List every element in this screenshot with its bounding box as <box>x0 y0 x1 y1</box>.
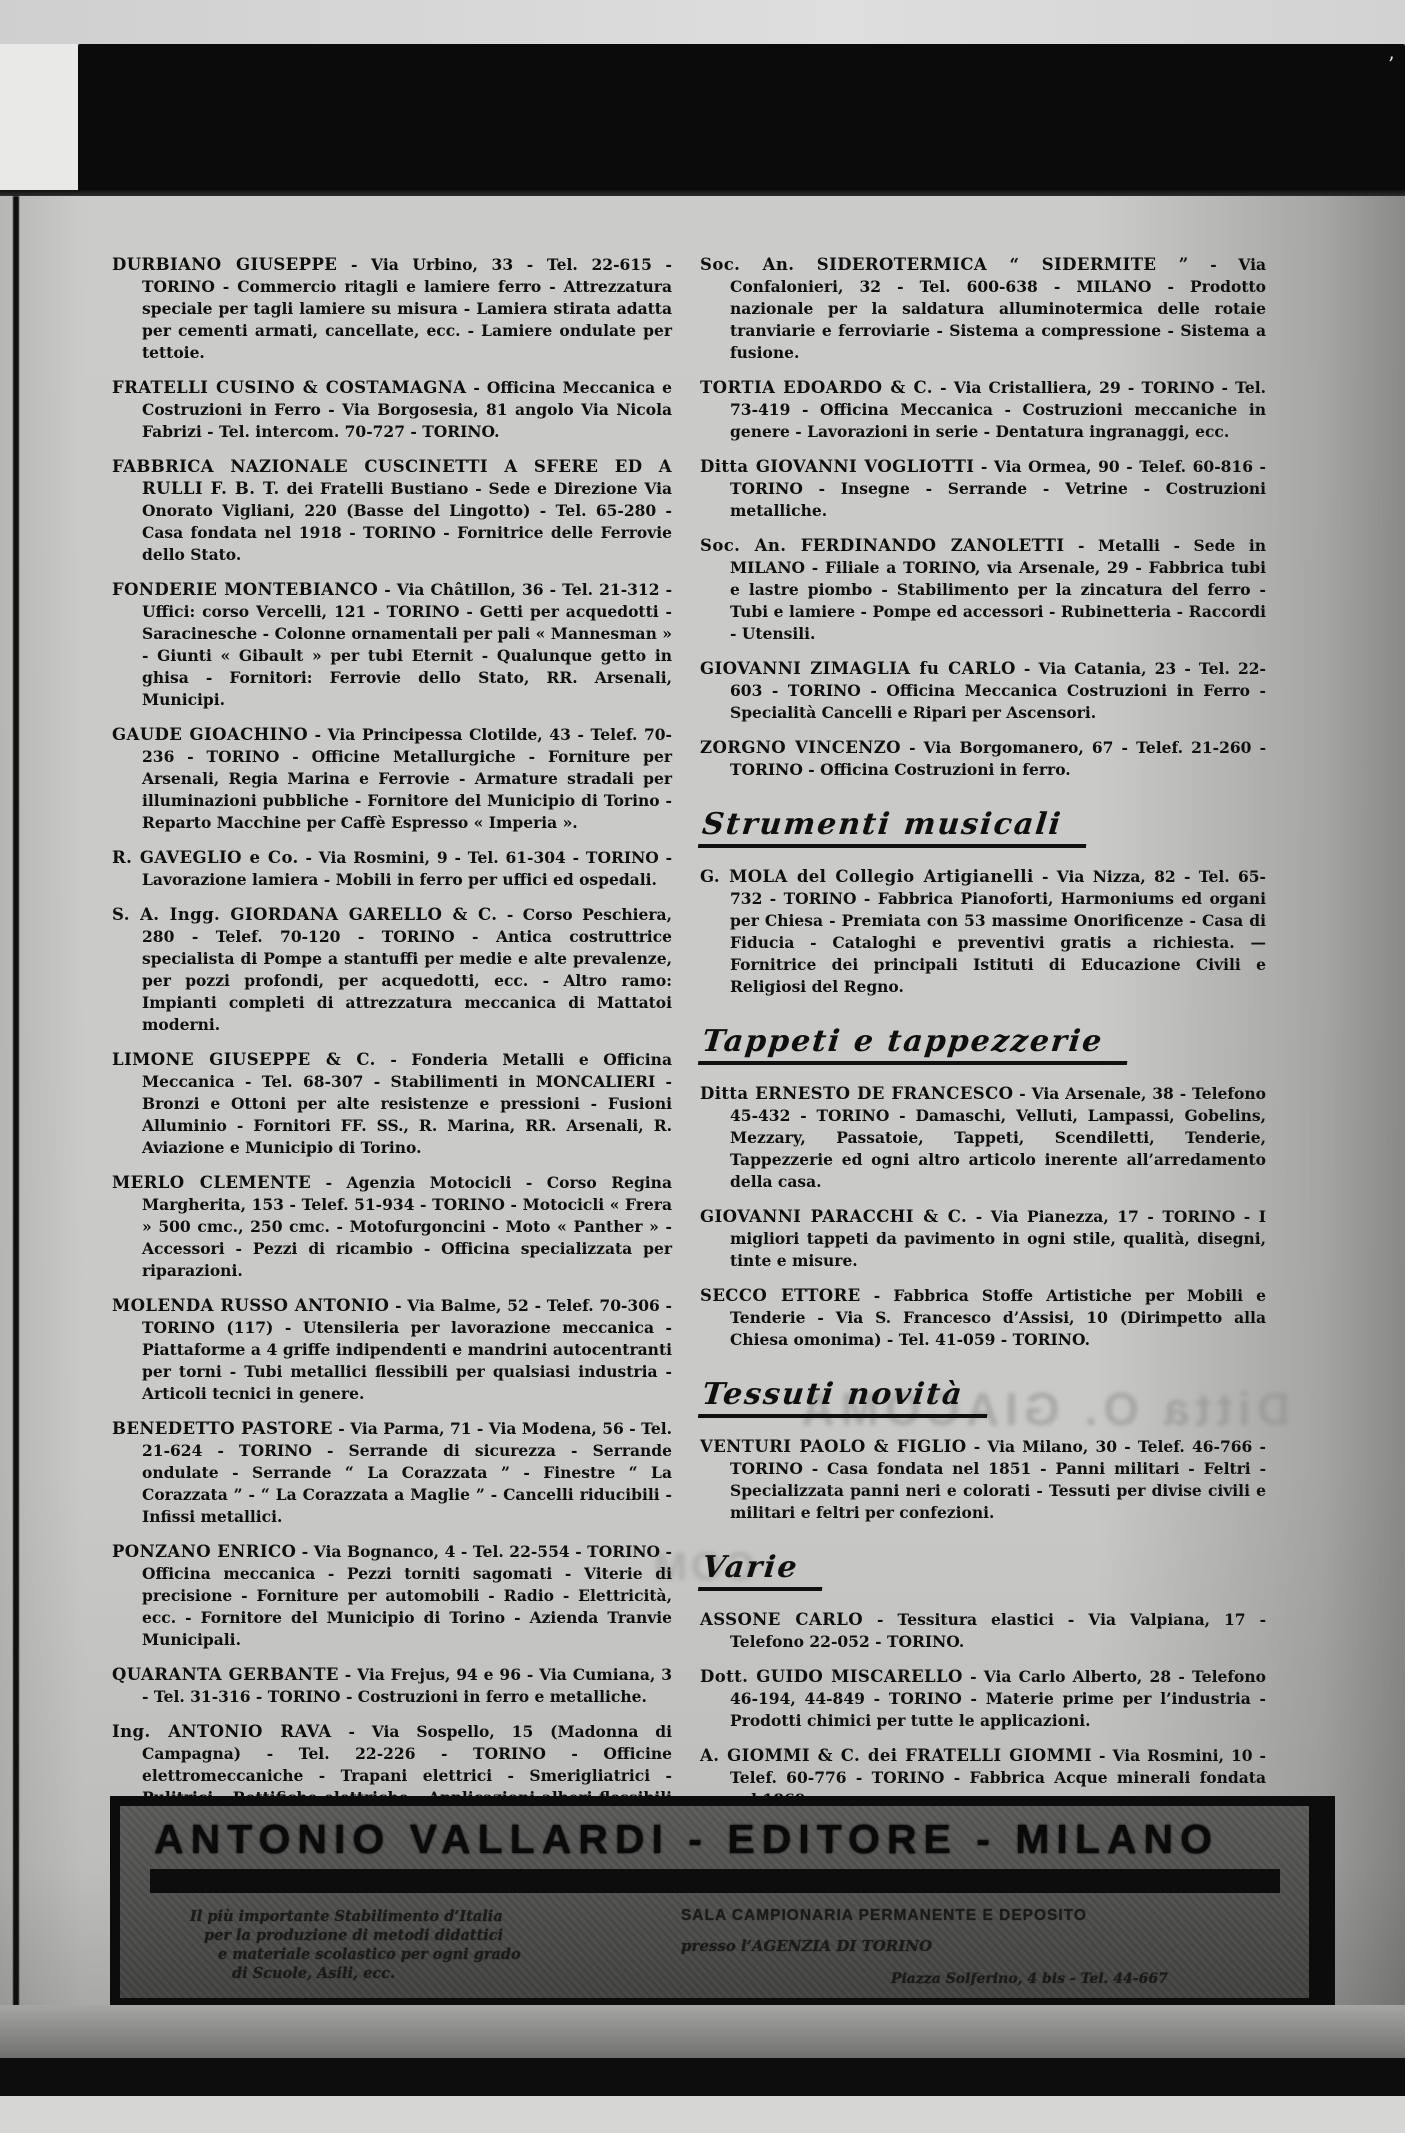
scan-black-band <box>78 44 1405 196</box>
entry-company-name: Soc. An. SIDEROTERMICA “ SIDERMITE ” <box>700 255 1189 274</box>
directory-entry: BENEDETTO PASTORE - Via Parma, 71 - Via … <box>112 1418 672 1528</box>
entry-company-name: GIOVANNI PARACCHI & C. <box>700 1207 967 1226</box>
scanned-directory-page: ’ Ditta O. GIACOMA COM DURBIANO GIUSEPPE… <box>0 0 1405 2133</box>
section-header: Varie <box>698 1551 826 1591</box>
entry-company-name: GIOVANNI ZIMAGLIA fu CARLO <box>700 659 1016 678</box>
banner-left-line: per la produzione di metodi didattici <box>190 1926 667 1945</box>
directory-entry: FRATELLI CUSINO & COSTAMAGNA - Officina … <box>112 377 672 443</box>
page-left-fold-line <box>13 196 19 2011</box>
entry-company-name: MERLO CLEMENTE <box>112 1173 311 1192</box>
entry-company-name: TORTIA EDOARDO & C. <box>700 378 933 397</box>
entry-details: - Via Châtillon, 36 - Tel. 21-312 - Uffi… <box>142 580 672 709</box>
entry-company-name: MOLENDA RUSSO ANTONIO <box>112 1296 389 1315</box>
banner-left-line: di Scuole, Asili, ecc. <box>190 1964 667 1983</box>
directory-entry: ASSONE CARLO - Tessitura elastici - Via … <box>700 1609 1266 1653</box>
directory-entry: DURBIANO GIUSEPPE - Via Urbino, 33 - Tel… <box>112 254 672 364</box>
scan-speck: ’ <box>1388 52 1394 76</box>
entry-company-name: PONZANO ENRICO <box>112 1542 296 1561</box>
section-header: Tessuti novità <box>698 1378 991 1418</box>
directory-entry: S. A. Ingg. GIORDANA GARELLO & C. - Cors… <box>112 904 672 1036</box>
entry-company-name: LIMONE GIUSEPPE & C. <box>112 1050 376 1069</box>
entry-company-name: FRATELLI CUSINO & COSTAMAGNA <box>112 378 466 397</box>
entry-company-name: Ditta GIOVANNI VOGLIOTTI <box>700 457 974 476</box>
directory-entry: LIMONE GIUSEPPE & C. - Fonderia Metalli … <box>112 1049 672 1159</box>
section-header: Tappeti e tappezzerie <box>698 1025 1131 1065</box>
entry-company-name: BENEDETTO PASTORE <box>112 1419 333 1438</box>
directory-entry: FABBRICA NAZIONALE CUSCINETTI A SFERE ED… <box>112 456 672 566</box>
entry-company-name: VENTURI PAOLO & FIGLIO <box>700 1437 967 1456</box>
banner-showroom-line: SALA CAMPIONARIA PERMANENTE E DEPOSITO <box>681 1907 1309 1925</box>
banner-left-line: e materiale scolastico per ogni grado <box>190 1945 667 1964</box>
entry-company-name: A. GIOMMI & C. dei FRATELLI GIOMMI <box>700 1746 1092 1765</box>
entry-company-name: DURBIANO GIUSEPPE <box>112 255 337 274</box>
entry-company-name: Soc. An. FERDINANDO ZANOLETTI <box>700 536 1064 555</box>
entry-company-name: S. A. Ingg. GIORDANA GARELLO & C. <box>112 905 497 924</box>
directory-column-right: Soc. An. SIDEROTERMICA “ SIDERMITE ” - V… <box>700 254 1266 1903</box>
banner-body: Il più importante Stabilimento d’Italiap… <box>120 1907 1309 1987</box>
directory-entry: PONZANO ENRICO - Via Bognanco, 4 - Tel. … <box>112 1541 672 1651</box>
section-header: Strumenti musicali <box>698 808 1090 848</box>
directory-entry: GIOVANNI PARACCHI & C. - Via Pianezza, 1… <box>700 1206 1266 1272</box>
banner-left-line: Il più importante Stabilimento d’Italia <box>190 1907 667 1926</box>
banner-agency-line: presso l’AGENZIA DI TORINO <box>681 1937 1309 1955</box>
vallardi-ad-banner: ANTONIO VALLARDI - EDITORE - MILANO Il p… <box>110 1796 1335 2008</box>
directory-entry: MERLO CLEMENTE - Agenzia Motocicli - Cor… <box>112 1172 672 1282</box>
directory-entry: TORTIA EDOARDO & C. - Via Cristalliera, … <box>700 377 1266 443</box>
entry-company-name: ASSONE CARLO <box>700 1610 863 1629</box>
entry-company-name: ZORGNO VINCENZO <box>700 738 901 757</box>
scan-top-strip <box>0 0 1405 46</box>
entry-company-name: Dott. GUIDO MISCARELLO <box>700 1667 963 1686</box>
scan-bottom-black-band <box>0 2058 1405 2096</box>
directory-entry: FONDERIE MONTEBIANCO - Via Châtillon, 36… <box>112 579 672 711</box>
entry-company-name: G. MOLA del Collegio Artigianelli <box>700 867 1034 886</box>
directory-entry: Ditta ERNESTO DE FRANCESCO - Via Arsenal… <box>700 1083 1266 1193</box>
directory-entry: SECCO ETTORE - Fabbrica Stoffe Artistich… <box>700 1285 1266 1351</box>
directory-entry: Soc. An. FERDINANDO ZANOLETTI - Metalli … <box>700 535 1266 645</box>
directory-entry: MOLENDA RUSSO ANTONIO - Via Balme, 52 - … <box>112 1295 672 1405</box>
entry-details: - Via Nizza, 82 - Tel. 65-732 - TORINO -… <box>730 867 1266 996</box>
scan-bottom-strip <box>0 2096 1405 2133</box>
directory-column-left: DURBIANO GIUSEPPE - Via Urbino, 33 - Tel… <box>112 254 672 1866</box>
directory-entry: Dott. GUIDO MISCARELLO - Via Carlo Alber… <box>700 1666 1266 1732</box>
banner-title: ANTONIO VALLARDI - EDITORE - MILANO <box>154 1816 1301 1863</box>
banner-right-text: SALA CAMPIONARIA PERMANENTE E DEPOSITO p… <box>667 1907 1309 1987</box>
directory-entry: Soc. An. SIDEROTERMICA “ SIDERMITE ” - V… <box>700 254 1266 364</box>
entry-company-name: QUARANTA GERBANTE <box>112 1665 339 1684</box>
directory-entry: GIOVANNI ZIMAGLIA fu CARLO - Via Catania… <box>700 658 1266 724</box>
entry-company-name: R. GAVEGLIO e Co. <box>112 848 299 867</box>
entry-details: - Corso Peschiera, 280 - Telef. 70-120 -… <box>142 905 672 1034</box>
directory-entry: G. MOLA del Collegio Artigianelli - Via … <box>700 866 1266 998</box>
directory-entry: R. GAVEGLIO e Co. - Via Rosmini, 9 - Tel… <box>112 847 672 891</box>
entry-company-name: FONDERIE MONTEBIANCO <box>112 580 378 599</box>
directory-entry: VENTURI PAOLO & FIGLIO - Via Milano, 30 … <box>700 1436 1266 1524</box>
banner-address-line: Piazza Solferino, 4 bis - Tel. 44-667 <box>681 1971 1309 1987</box>
directory-entry: ZORGNO VINCENZO - Via Borgomanero, 67 - … <box>700 737 1266 781</box>
scan-bottom-shade <box>0 2005 1405 2065</box>
entry-company-name: Ing. ANTONIO RAVA <box>112 1722 332 1741</box>
entry-company-name: Ditta ERNESTO DE FRANCESCO <box>700 1084 1013 1103</box>
directory-entry: Ditta GIOVANNI VOGLIOTTI - Via Ormea, 90… <box>700 456 1266 522</box>
scan-margin-white <box>0 44 78 196</box>
banner-left-text: Il più importante Stabilimento d’Italiap… <box>120 1907 667 1987</box>
entry-company-name: SECCO ETTORE <box>700 1286 861 1305</box>
entry-company-name: GAUDE GIOACHINO <box>112 725 308 744</box>
banner-black-bar <box>150 1869 1280 1893</box>
directory-entry: GAUDE GIOACHINO - Via Principessa Clotil… <box>112 724 672 834</box>
directory-entry: QUARANTA GERBANTE - Via Frejus, 94 e 96 … <box>112 1664 672 1708</box>
